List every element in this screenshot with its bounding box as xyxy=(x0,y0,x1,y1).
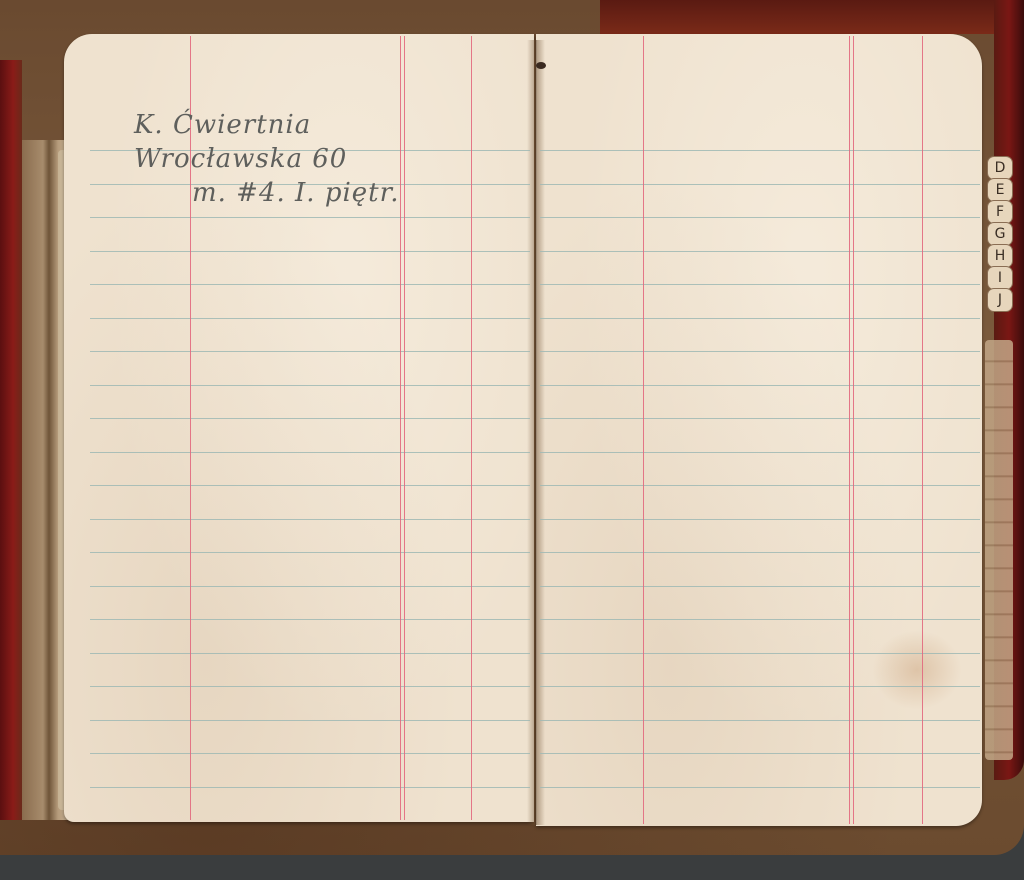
ruling-horizontal xyxy=(540,385,980,386)
ruling-horizontal xyxy=(90,284,530,285)
page-gutter xyxy=(527,40,545,825)
index-tab-g[interactable]: G xyxy=(987,222,1013,246)
ruling-horizontal xyxy=(90,720,530,721)
ruling-horizontal xyxy=(90,452,530,453)
ruling-horizontal xyxy=(540,686,980,687)
ruling-horizontal xyxy=(90,217,530,218)
ruling-horizontal xyxy=(540,150,980,151)
ruling-horizontal xyxy=(90,251,530,252)
ruling-horizontal xyxy=(540,452,980,453)
index-tab-j[interactable]: J xyxy=(987,288,1013,312)
ruling-horizontal xyxy=(90,351,530,352)
address-street: Wrocławska 60 xyxy=(134,142,399,176)
index-tab-h[interactable]: H xyxy=(987,244,1013,268)
ruling-horizontal xyxy=(90,787,530,788)
ruling-horizontal xyxy=(90,318,530,319)
ruling-horizontal xyxy=(90,653,530,654)
ruling-horizontal xyxy=(540,552,980,553)
ruling-vertical xyxy=(400,36,401,820)
ruling-horizontal xyxy=(90,552,530,553)
ruling-vertical xyxy=(471,36,472,820)
address-apartment: m. #4. I. piętr. xyxy=(134,176,399,210)
ruling-vertical xyxy=(849,36,850,824)
ruling-horizontal xyxy=(540,284,980,285)
ruling-horizontal xyxy=(540,653,980,654)
index-tab-f[interactable]: F xyxy=(987,200,1013,224)
ruling-horizontal xyxy=(540,485,980,486)
ruling-horizontal xyxy=(90,619,530,620)
right-page xyxy=(536,34,982,826)
ruling-horizontal xyxy=(90,385,530,386)
ruling-horizontal xyxy=(540,519,980,520)
ruling-horizontal xyxy=(90,485,530,486)
index-tab-i[interactable]: I xyxy=(987,266,1013,290)
ruling-horizontal xyxy=(90,586,530,587)
ruling-horizontal xyxy=(540,351,980,352)
ruling-horizontal xyxy=(540,251,980,252)
ruling-horizontal xyxy=(90,519,530,520)
ruling-vertical xyxy=(643,36,644,824)
stain xyxy=(872,630,962,710)
address-name: K. Ćwiertnia xyxy=(134,108,399,142)
ruling-horizontal xyxy=(540,418,980,419)
ruling-horizontal xyxy=(540,720,980,721)
handwritten-address: K. Ćwiertnia Wrocławska 60 m. #4. I. pię… xyxy=(134,108,399,210)
ruling-horizontal xyxy=(90,686,530,687)
ruling-horizontal xyxy=(540,619,980,620)
cover-cloth-top xyxy=(600,0,1024,34)
ruling-horizontal xyxy=(90,753,530,754)
ruling-horizontal xyxy=(540,184,980,185)
index-tab-d[interactable]: D xyxy=(987,156,1013,180)
ruling-horizontal xyxy=(90,418,530,419)
ruling-vertical xyxy=(404,36,405,820)
ruling-horizontal xyxy=(540,318,980,319)
binding-staple xyxy=(536,62,546,69)
ruling-horizontal xyxy=(540,787,980,788)
index-tab-e[interactable]: E xyxy=(987,178,1013,202)
ruling-vertical xyxy=(853,36,854,824)
index-tabs-edge xyxy=(985,340,1013,760)
ruling-horizontal xyxy=(540,217,980,218)
index-tabs: D E F G H I J xyxy=(987,158,1013,312)
ruling-horizontal xyxy=(540,586,980,587)
ruling-horizontal xyxy=(540,753,980,754)
cover-cloth-left xyxy=(0,60,22,820)
ruling-vertical xyxy=(922,36,923,824)
